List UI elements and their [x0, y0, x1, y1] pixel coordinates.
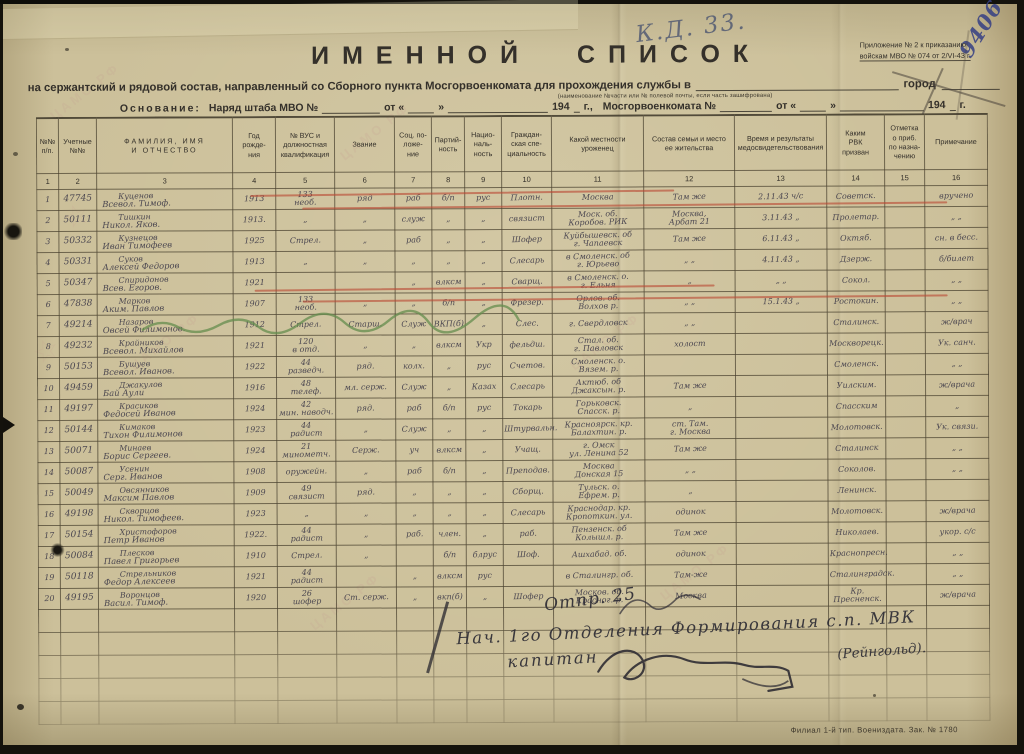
- handwritten-entry: 1916: [235, 383, 275, 392]
- cell-rvk: Октяб.: [827, 228, 885, 249]
- cell-med: [736, 417, 828, 438]
- handwritten-entry: „: [337, 425, 394, 435]
- handwritten-entry: [737, 322, 826, 324]
- scanned-document-page: { "annotations": { "kd33": "К.Д. 33.", "…: [0, 0, 1024, 754]
- handwritten-entry: 6: [39, 301, 58, 310]
- empty-cell: [927, 697, 990, 720]
- cell-god: 1922.: [234, 525, 277, 546]
- column-number: 9: [465, 172, 502, 188]
- cell-god: 1920: [234, 588, 277, 609]
- given-name-handwritten: Никол. Тимофеев.: [104, 512, 233, 524]
- handwritten-entry: ряд.: [337, 404, 394, 414]
- cell-sem: одинок: [645, 544, 736, 565]
- handwritten-entry: раб: [396, 236, 430, 245]
- cell-nac: „: [465, 293, 502, 314]
- basis-label: Основание:: [120, 102, 201, 114]
- handwritten-entry: Ашхабад. об.: [555, 549, 644, 560]
- cell-name: ДжакуловБай Аули: [98, 378, 234, 400]
- column-header: Время и результаты медосвидетельствовани…: [734, 115, 826, 171]
- cell-uch: 49198: [60, 504, 98, 525]
- cell-nac: Казах: [466, 377, 503, 398]
- empty-cell: [61, 655, 99, 678]
- handwritten-entry: 50049: [61, 489, 96, 499]
- handwritten-entry: Красноярск. кр. Балахтин. р.: [554, 419, 643, 438]
- handwritten-entry: „: [338, 551, 395, 561]
- cell-otm: [885, 354, 925, 375]
- cell-spec: Счетов.: [502, 355, 552, 376]
- cell-part: вкп(б): [433, 587, 466, 608]
- column-number: 4: [233, 173, 276, 189]
- handwritten-entry: ж/врача: [928, 506, 988, 516]
- cell-god: 1924: [234, 399, 277, 420]
- cell-spec: Фрезер.: [502, 292, 552, 313]
- handwritten-entry: 2: [38, 217, 57, 226]
- handwritten-entry: [646, 364, 734, 366]
- cell-vus: 120 в отд.: [276, 335, 335, 356]
- cell-uch: 49214: [59, 315, 97, 336]
- column-number: 5: [276, 172, 335, 188]
- handwritten-entry: [278, 282, 334, 283]
- cell-zv: „: [335, 335, 395, 356]
- handwritten-entry: Октяб.: [828, 234, 883, 244]
- handwritten-entry: 26 шофер: [279, 589, 335, 607]
- empty-cell: [39, 678, 61, 701]
- column-number: 8: [432, 172, 465, 188]
- handwritten-entry: Там же: [645, 192, 733, 203]
- cell-vus: „: [277, 503, 336, 524]
- handwritten-entry: 1923: [235, 425, 275, 434]
- cell-vus: 44 радист: [277, 524, 336, 545]
- basis-line: Основание: Наряд штаба МВО № от « » 194 …: [120, 99, 966, 115]
- handwritten-entry: Старш.: [337, 320, 394, 330]
- handwritten-entry: 3.11.43 „: [736, 212, 825, 223]
- cell-nac: „: [465, 314, 502, 335]
- empty-cell: [61, 678, 99, 701]
- handwritten-entry: „: [433, 257, 463, 266]
- handwritten-entry: б/п: [434, 404, 464, 413]
- handwritten-entry: 48 телеф.: [278, 379, 334, 397]
- cell-zv: „: [335, 209, 395, 230]
- handwritten-entry: 50332: [60, 237, 95, 247]
- cell-zv: „: [335, 251, 395, 272]
- cell-nac: Укр: [465, 335, 502, 356]
- cell-soc: раб: [396, 398, 433, 419]
- handwritten-entry: оружейн.: [278, 467, 334, 477]
- empty-cell: [39, 632, 61, 655]
- handwritten-entry: [338, 576, 395, 577]
- scan-artifact-speck: [13, 152, 18, 156]
- given-name-handwritten: Павел Григорьев: [104, 554, 233, 566]
- empty-cell: [927, 628, 990, 651]
- handwritten-entry: „ „: [926, 212, 986, 222]
- handwritten-entry: Пензенск. об Колышл. р.: [554, 524, 643, 543]
- handwritten-entry: служ: [396, 215, 430, 224]
- handwritten-entry: 49459: [61, 384, 96, 394]
- handwritten-entry: [887, 469, 924, 470]
- cell-rvk: Молотовск.: [828, 501, 886, 522]
- cell-part: „: [433, 419, 466, 440]
- cell-soc: Служ: [395, 314, 432, 335]
- cell-n: 8: [37, 336, 59, 357]
- cell-prim: укор. с/с: [926, 521, 989, 542]
- cell-rvk: Молотовск.: [828, 417, 886, 438]
- empty-cell: [337, 677, 397, 700]
- handwritten-entry: 4.11.43 „: [736, 254, 825, 265]
- empty-cell: [99, 655, 235, 679]
- handwritten-entry: Уилским.: [829, 381, 884, 391]
- cell-ur: в Сталингр. об.: [553, 565, 645, 586]
- handwritten-entry: Ук. санч.: [927, 338, 987, 348]
- handwritten-entry: Актюб. об Джаксын. р.: [554, 377, 643, 396]
- cell-nac: „: [465, 272, 502, 293]
- empty-cell: [99, 678, 235, 702]
- empty-cell: [504, 699, 554, 722]
- cell-vus: 44 разведч.: [276, 356, 335, 377]
- handwritten-entry: [886, 217, 923, 218]
- handwritten-entry: Слесарь: [503, 256, 550, 266]
- cell-vus: 133 необ.: [276, 188, 335, 209]
- cell-uch: 50111: [59, 210, 97, 231]
- cell-prim: б/билет: [925, 248, 988, 269]
- handwritten-entry: вкп(б): [435, 593, 465, 602]
- handwritten-entry: Молотовск.: [829, 423, 884, 433]
- handwritten-entry: [738, 574, 827, 576]
- empty-cell: [397, 631, 434, 654]
- cell-n: 19: [38, 567, 60, 588]
- handwritten-entry: связист: [503, 214, 550, 224]
- cell-med: [736, 396, 828, 417]
- column-header: № ВУС и должностная квалификация: [275, 117, 334, 173]
- handwritten-entry: 15: [39, 490, 58, 499]
- handwritten-entry: 44 разведч.: [278, 358, 334, 376]
- handwritten-entry: [737, 448, 826, 450]
- handwritten-entry: „: [337, 467, 394, 477]
- fill-in-blank: [800, 101, 826, 112]
- column-number: 11: [552, 171, 644, 187]
- handwritten-entry: Там же: [647, 528, 735, 539]
- empty-cell: [337, 631, 397, 654]
- cell-nac: „: [466, 524, 503, 545]
- handwritten-entry: 1921: [235, 341, 275, 350]
- handwritten-entry: ж/врача: [928, 590, 988, 600]
- empty-cell: [504, 676, 554, 699]
- handwritten-entry: ряд: [336, 194, 393, 204]
- cell-otm: [886, 543, 926, 564]
- cell-n: 2: [37, 210, 59, 231]
- handwritten-entry: 47838: [61, 300, 96, 310]
- cell-name: СпиридоновВсев. Егоров.: [97, 273, 233, 295]
- cell-med: 6.11.43 „: [735, 228, 827, 249]
- cell-god: 1908: [234, 462, 277, 483]
- cell-name: КимаковТихон Филимонов: [98, 420, 234, 442]
- cell-spec: [503, 565, 553, 586]
- cell-soc: „: [396, 482, 433, 503]
- cell-sem: Там же: [645, 523, 736, 544]
- handwritten-entry: 19: [40, 574, 59, 583]
- handwritten-entry: [888, 595, 925, 596]
- handwritten-entry: [737, 406, 826, 408]
- handwritten-entry: Фрезер.: [504, 298, 551, 308]
- cell-otm: [886, 522, 926, 543]
- given-name-handwritten: Васил. Тимоф.: [104, 596, 233, 608]
- cell-med: [735, 312, 827, 333]
- given-name-handwritten: Тихон Филимонов: [103, 428, 232, 440]
- handwritten-entry: 1920: [236, 593, 276, 602]
- handwritten-entry: 44 радист: [278, 526, 334, 544]
- cell-zv: ряд.: [336, 482, 396, 503]
- handwritten-entry: Там же: [646, 381, 734, 392]
- cell-med: [736, 375, 828, 396]
- handwritten-entry: 120 в отд.: [278, 337, 334, 355]
- cell-zv: „: [336, 503, 396, 524]
- empty-cell: [397, 700, 434, 723]
- handwritten-entry: Казах: [467, 382, 501, 391]
- fill-in-blank: [322, 103, 380, 114]
- cell-sem: холост: [644, 334, 735, 355]
- handwritten-entry: уч: [397, 446, 431, 455]
- cell-ur: Тульск. о. Ефрем. р.: [553, 481, 645, 502]
- cell-uch: 50332: [59, 231, 97, 252]
- cell-soc: „: [395, 335, 432, 356]
- handwritten-entry: „: [468, 529, 502, 538]
- handwritten-entry: блрус: [468, 550, 502, 559]
- handwritten-entry: рус: [467, 403, 501, 412]
- empty-cell: [39, 655, 61, 678]
- cell-part: ВКП(б): [432, 314, 465, 335]
- cell-prim: вручено: [925, 185, 988, 206]
- handwritten-entry: „: [277, 215, 333, 225]
- cell-part: влксм: [432, 335, 465, 356]
- handwritten-entry: „: [468, 592, 502, 601]
- handwritten-entry: раб: [396, 194, 430, 203]
- cell-ur: Москва: [552, 187, 644, 208]
- cell-med: [736, 501, 828, 522]
- cell-zv: мл. серж.: [336, 377, 396, 398]
- handwritten-entry: 50144: [61, 426, 96, 436]
- column-header: Звание: [334, 117, 394, 173]
- handwritten-entry: [886, 238, 923, 239]
- cell-name: СкворцовНикол. Тимофеев.: [98, 504, 234, 526]
- fill-in-blank: [574, 102, 580, 113]
- handwritten-entry: [737, 469, 826, 471]
- cell-n: 13: [38, 441, 60, 462]
- handwritten-entry: 10: [39, 385, 58, 394]
- handwritten-entry: „ „: [927, 443, 987, 453]
- handwritten-entry: „: [467, 424, 501, 433]
- cell-vus: 133 необ.: [276, 293, 335, 314]
- handwritten-entry: [888, 490, 925, 491]
- handwritten-entry: Стрел.: [278, 320, 334, 330]
- handwritten-entry: Николаев.: [830, 528, 885, 538]
- handwritten-entry: 50347: [60, 279, 95, 289]
- cell-soc: Служ: [396, 419, 433, 440]
- handwritten-entry: [887, 322, 924, 323]
- cell-soc: „: [395, 251, 432, 272]
- cell-part: б/п: [432, 188, 465, 209]
- cell-ur: в Смоленск. об г. Юрьево: [552, 250, 644, 271]
- cell-vus: 42 мин. наводч.: [277, 398, 336, 419]
- handwritten-entry: Учащ.: [504, 445, 551, 455]
- cell-god: 1923: [234, 504, 277, 525]
- column-header: Учетные №№: [58, 118, 96, 174]
- handwritten-entry: Москворецк.: [829, 339, 884, 349]
- handwritten-entry: Укр: [467, 340, 501, 349]
- cell-otm: [886, 396, 926, 417]
- handwritten-entry: „: [397, 299, 431, 308]
- handwritten-entry: Сталинградск.: [830, 570, 885, 580]
- cell-nac: рус: [466, 398, 503, 419]
- column-number: 1: [37, 173, 59, 189]
- cell-otm: [886, 459, 926, 480]
- empty-cell: [887, 698, 927, 721]
- handwritten-entry: [887, 343, 924, 344]
- handwritten-entry: „: [646, 486, 734, 497]
- column-number: 6: [335, 172, 395, 188]
- handwritten-entry: [888, 511, 925, 512]
- handwritten-entry: 5: [38, 280, 57, 289]
- empty-cell: [737, 652, 829, 675]
- empty-cell: [235, 632, 278, 655]
- cell-rvk: Ленинск.: [828, 480, 886, 501]
- handwritten-entry: [398, 555, 432, 556]
- handwritten-entry: Слесарь: [504, 382, 551, 392]
- handwritten-entry: [737, 385, 826, 387]
- handwritten-entry: Молотовск.: [830, 507, 885, 517]
- empty-cell: [554, 676, 646, 699]
- column-number: 13: [735, 170, 827, 186]
- cell-sem: Там-же: [645, 565, 736, 586]
- handwritten-entry: [887, 448, 924, 449]
- cell-uch: 50144: [60, 420, 98, 441]
- scanner-edge-strip: [0, 0, 190, 4]
- handwritten-entry: „ „: [927, 359, 987, 369]
- cell-sem: „ „: [644, 250, 735, 271]
- handwritten-entry: Служ: [397, 383, 431, 392]
- handwritten-entry: влксм: [433, 278, 463, 287]
- handwritten-entry: „: [396, 278, 430, 287]
- handwritten-entry: ст. Там. г. Москва: [646, 419, 734, 438]
- cell-vus: оружейн.: [277, 461, 336, 482]
- cell-uch: 50071: [60, 441, 98, 462]
- handwritten-entry: [887, 406, 924, 407]
- handwritten-entry: [738, 532, 827, 534]
- cell-spec: Шоф.: [503, 544, 553, 565]
- cell-ur: г. Свердловск: [552, 313, 644, 334]
- subtitle-suffix: город: [903, 78, 935, 90]
- column-number: 12: [644, 171, 735, 187]
- handwritten-entry: „: [433, 236, 463, 245]
- cell-part: „: [433, 503, 466, 524]
- cell-uch: 50118: [60, 567, 98, 588]
- cell-name: ТишкинНикол. Яков.: [97, 210, 233, 232]
- handwritten-entry: Стрел.: [277, 236, 333, 246]
- cell-ur: Моск. об. Коробов. РИК: [552, 208, 644, 229]
- cell-part: „: [432, 251, 465, 272]
- handwritten-entry: „: [467, 466, 501, 475]
- handwritten-entry: в Смоленск. о. г. Ельня: [553, 272, 642, 291]
- cell-otm: [885, 291, 925, 312]
- cell-vus: [276, 272, 335, 293]
- empty-cell: [397, 608, 434, 631]
- cell-prim: „ „: [925, 206, 988, 227]
- cell-soc: раб: [395, 230, 432, 251]
- handwritten-entry: [887, 364, 924, 365]
- handwritten-entry: 49197: [61, 405, 96, 415]
- cell-uch: 49232: [59, 336, 97, 357]
- cell-god: 1907: [233, 294, 276, 315]
- punch-hole: [3, 223, 22, 240]
- cell-prim: „ „: [925, 290, 988, 311]
- handwritten-entry: Сборщ.: [504, 487, 551, 497]
- cell-nac: рус: [465, 356, 502, 377]
- cell-n: 11: [38, 399, 60, 420]
- handwritten-entry: Куйбышевск. об г. Чапаевск: [553, 230, 642, 249]
- handwritten-entry: „ „: [926, 275, 986, 285]
- cell-zv: Ст. серж.: [336, 587, 396, 608]
- handwritten-entry: 133 необ.: [277, 190, 333, 208]
- given-name-handwritten: Овсей Филимонов.: [103, 323, 232, 335]
- cell-name: НазаровОвсей Филимонов.: [97, 315, 233, 337]
- cell-zv: „: [336, 545, 396, 566]
- basis-g2: г.: [959, 99, 965, 111]
- handwritten-entry: [738, 490, 827, 492]
- cell-n: 1: [37, 189, 59, 210]
- handwritten-entry: 1921: [236, 572, 276, 581]
- empty-cell: [887, 675, 927, 698]
- cell-spec: Сборщ.: [503, 481, 553, 502]
- empty-cell: [278, 631, 337, 654]
- basis-ot2: от «: [776, 100, 796, 112]
- handwritten-entry: Смоленск.: [829, 360, 884, 370]
- cell-nac: „: [466, 587, 503, 608]
- handwritten-entry: 133 необ.: [277, 295, 333, 313]
- cell-sem: Там же: [644, 187, 735, 208]
- handwritten-entry: 44 радист: [279, 568, 335, 586]
- cell-nac: „: [465, 209, 502, 230]
- handwritten-entry: Моск. об. Коробов. РИК: [553, 209, 642, 228]
- cell-rvk: Сталинградск.: [828, 564, 886, 585]
- cell-n: 16: [38, 504, 60, 525]
- cell-sem: Там же: [644, 229, 735, 250]
- empty-cell: [397, 677, 434, 700]
- handwritten-entry: член.: [435, 530, 465, 539]
- cell-nac: „: [466, 503, 503, 524]
- cell-otm: [886, 438, 926, 459]
- cell-uch: 50087: [60, 462, 98, 483]
- cell-med: 15.1.43 „: [735, 291, 827, 312]
- cell-rvk: Москворецк.: [827, 333, 885, 354]
- empty-cell: [235, 701, 278, 724]
- cell-soc: колх.: [395, 356, 432, 377]
- cell-spec: Слесарь: [503, 502, 553, 523]
- cell-ur: Пензенск. об Колышл. р.: [553, 523, 645, 544]
- cell-rvk: Советск.: [827, 186, 885, 207]
- cell-name: ОвсянниковМаксим Павлов: [98, 483, 234, 505]
- handwritten-entry: [738, 511, 827, 513]
- cell-zv: „: [335, 230, 395, 251]
- column-header: Примечание: [924, 114, 987, 170]
- cell-spec: Слесарь: [502, 250, 552, 271]
- cell-part: влксм: [433, 566, 466, 587]
- empty-cell: [829, 675, 887, 698]
- handwritten-entry: „: [927, 401, 987, 411]
- cell-prim: „: [926, 395, 989, 416]
- empty-cell: [927, 605, 990, 628]
- cell-ur: Стал. об. г. Павловск: [552, 334, 644, 355]
- cell-sem: „ „: [645, 460, 736, 481]
- cell-spec: раб.: [503, 523, 553, 544]
- handwritten-entry: „ „: [927, 464, 987, 474]
